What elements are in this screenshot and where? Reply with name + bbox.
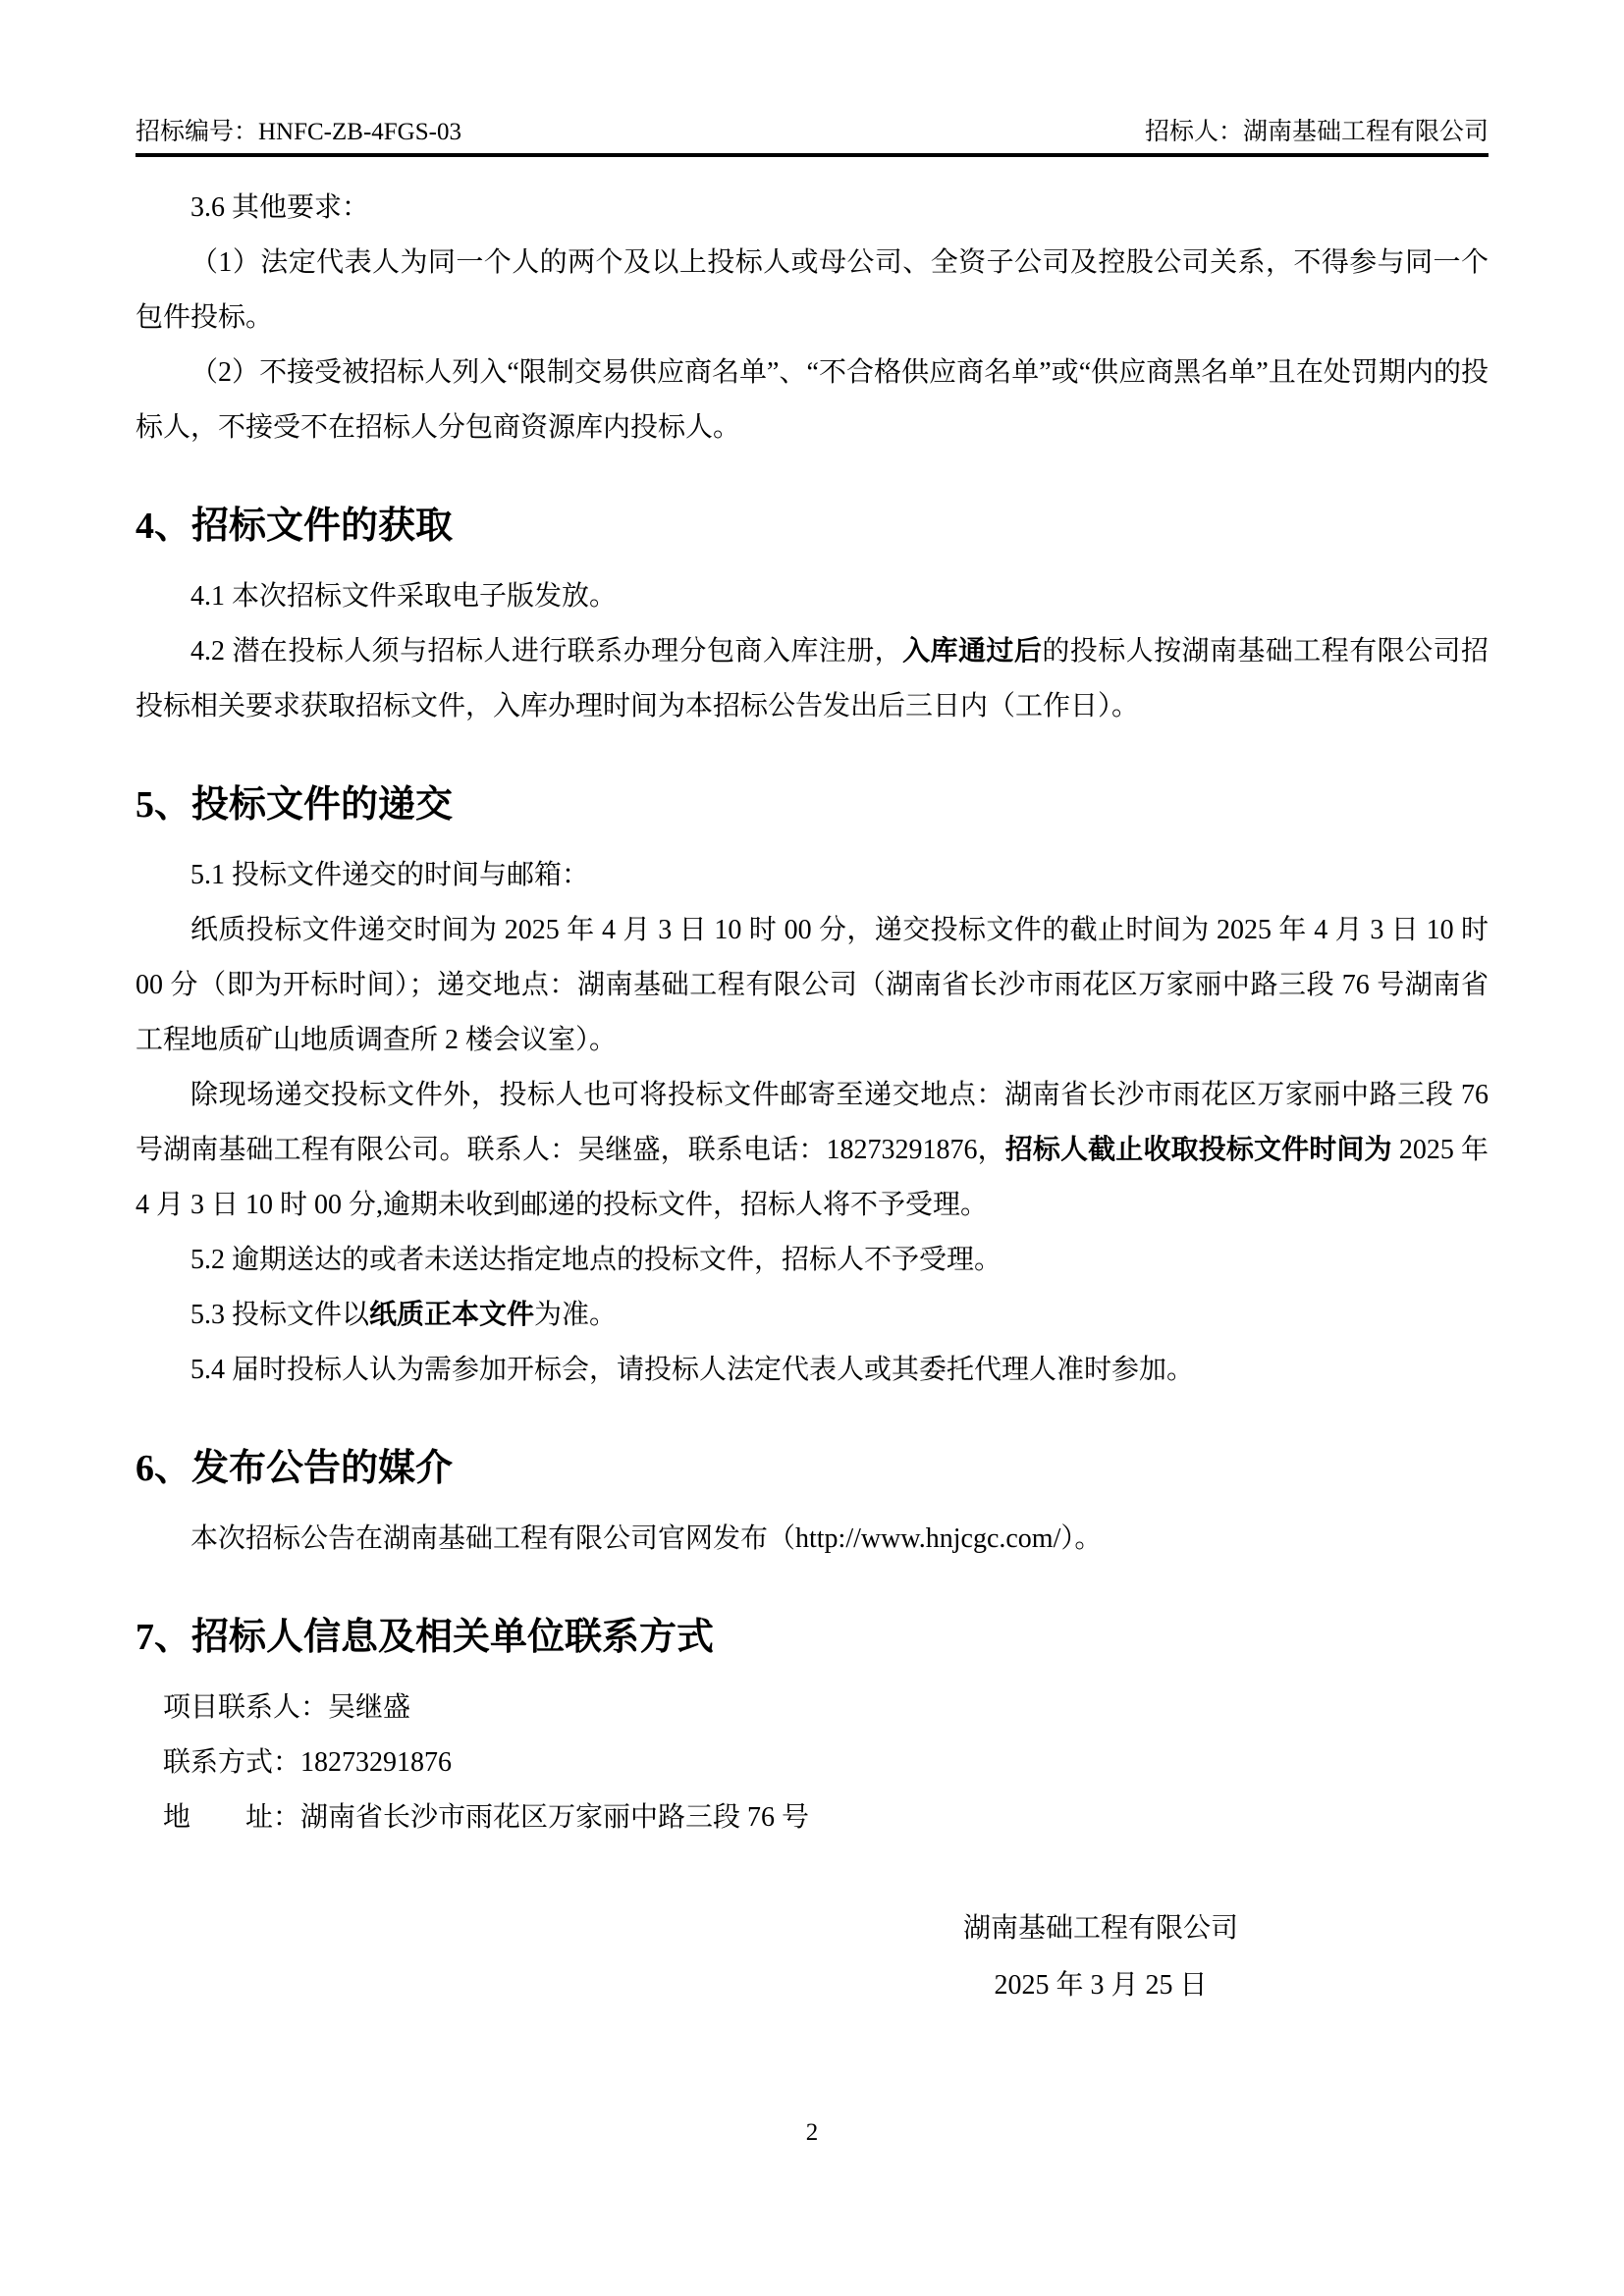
clause-5-2: 5.2 逾期送达的或者未送达指定地点的投标文件，招标人不予受理。 [135, 1233, 1489, 1288]
clause-6-media: 本次招标公告在湖南基础工程有限公司官网发布（http://www.hnjcgc.… [135, 1512, 1489, 1567]
section-5-number: 5、 [135, 784, 191, 826]
clause-4-2-text-pre: 4.2 潜在投标人须与招标人进行联系办理分包商入库注册， [190, 636, 902, 667]
clause-5-3-pre: 5.3 投标文件以 [190, 1300, 369, 1330]
signature-block: 湖南基础工程有限公司 2025 年 3 月 25 日 [939, 1900, 1263, 2014]
clause-5-3: 5.3 投标文件以纸质正本文件为准。 [135, 1288, 1489, 1343]
clause-4-2-text-bold: 入库通过后 [902, 636, 1042, 667]
clause-5-3-bold: 纸质正本文件 [369, 1300, 534, 1330]
page-header: 招标编号：HNFC-ZB-4FGS-03 招标人：湖南基础工程有限公司 [135, 0, 1489, 157]
signature-date: 2025 年 3 月 25 日 [939, 1957, 1263, 2014]
section-4-number: 4、 [135, 506, 191, 547]
section-5-title: 投标文件的递交 [191, 784, 453, 826]
section-6-heading: 6、发布公告的媒介 [135, 1443, 1489, 1494]
clause-3-6-title: 3.6 其他要求： [135, 181, 1489, 236]
clause-5-1-delivery: 纸质投标文件递交时间为 2025 年 4 月 3 日 10 时 00 分，递交投… [135, 903, 1489, 1068]
section-4-heading: 4、招标文件的获取 [135, 501, 1489, 552]
clause-5-1-mailing: 除现场递交投标文件外，投标人也可将投标文件邮寄至递交地点：湖南省长沙市雨花区万家… [135, 1068, 1489, 1233]
clause-4-1: 4.1 本次招标文件采取电子版发放。 [135, 569, 1489, 624]
section-7-title: 招标人信息及相关单位联系方式 [191, 1617, 714, 1658]
contact-phone: 联系方式：18273291876 [135, 1735, 1489, 1790]
header-tenderee: 招标人：湖南基础工程有限公司 [1145, 116, 1489, 149]
clause-5-1-mailing-bold: 招标人截止收取投标文件时间为 [1005, 1135, 1392, 1165]
section-6-number: 6、 [135, 1448, 191, 1489]
section-7-heading: 7、招标人信息及相关单位联系方式 [135, 1612, 1489, 1663]
contact-address: 地 址：湖南省长沙市雨花区万家丽中路三段 76 号 [135, 1790, 1489, 1845]
signature-company: 湖南基础工程有限公司 [939, 1900, 1263, 1957]
page-number: 2 [0, 2119, 1624, 2147]
header-tender-number: 招标编号：HNFC-ZB-4FGS-03 [135, 116, 461, 149]
section-6-title: 发布公告的媒介 [191, 1448, 453, 1489]
contact-person: 项目联系人：吴继盛 [135, 1681, 1489, 1735]
section-4-title: 招标文件的获取 [191, 506, 453, 547]
clause-3-6-item-1: （1）法定代表人为同一个人的两个及以上投标人或母公司、全资子公司及控股公司关系，… [135, 236, 1489, 346]
clause-3-6-item-2: （2）不接受被招标人列入“限制交易供应商名单”、“不合格供应商名单”或“供应商黑… [135, 346, 1489, 455]
clause-5-1: 5.1 投标文件递交的时间与邮箱： [135, 848, 1489, 903]
section-7-number: 7、 [135, 1617, 191, 1658]
section-5-heading: 5、投标文件的递交 [135, 779, 1489, 830]
clause-5-4: 5.4 届时投标人认为需参加开标会，请投标人法定代表人或其委托代理人准时参加。 [135, 1343, 1489, 1398]
clause-4-2: 4.2 潜在投标人须与招标人进行联系办理分包商入库注册，入库通过后的投标人按湖南… [135, 624, 1489, 734]
document-body: 3.6 其他要求： （1）法定代表人为同一个人的两个及以上投标人或母公司、全资子… [135, 181, 1489, 2014]
clause-5-3-post: 为准。 [534, 1300, 617, 1330]
document-page: 招标编号：HNFC-ZB-4FGS-03 招标人：湖南基础工程有限公司 3.6 … [0, 0, 1624, 2296]
